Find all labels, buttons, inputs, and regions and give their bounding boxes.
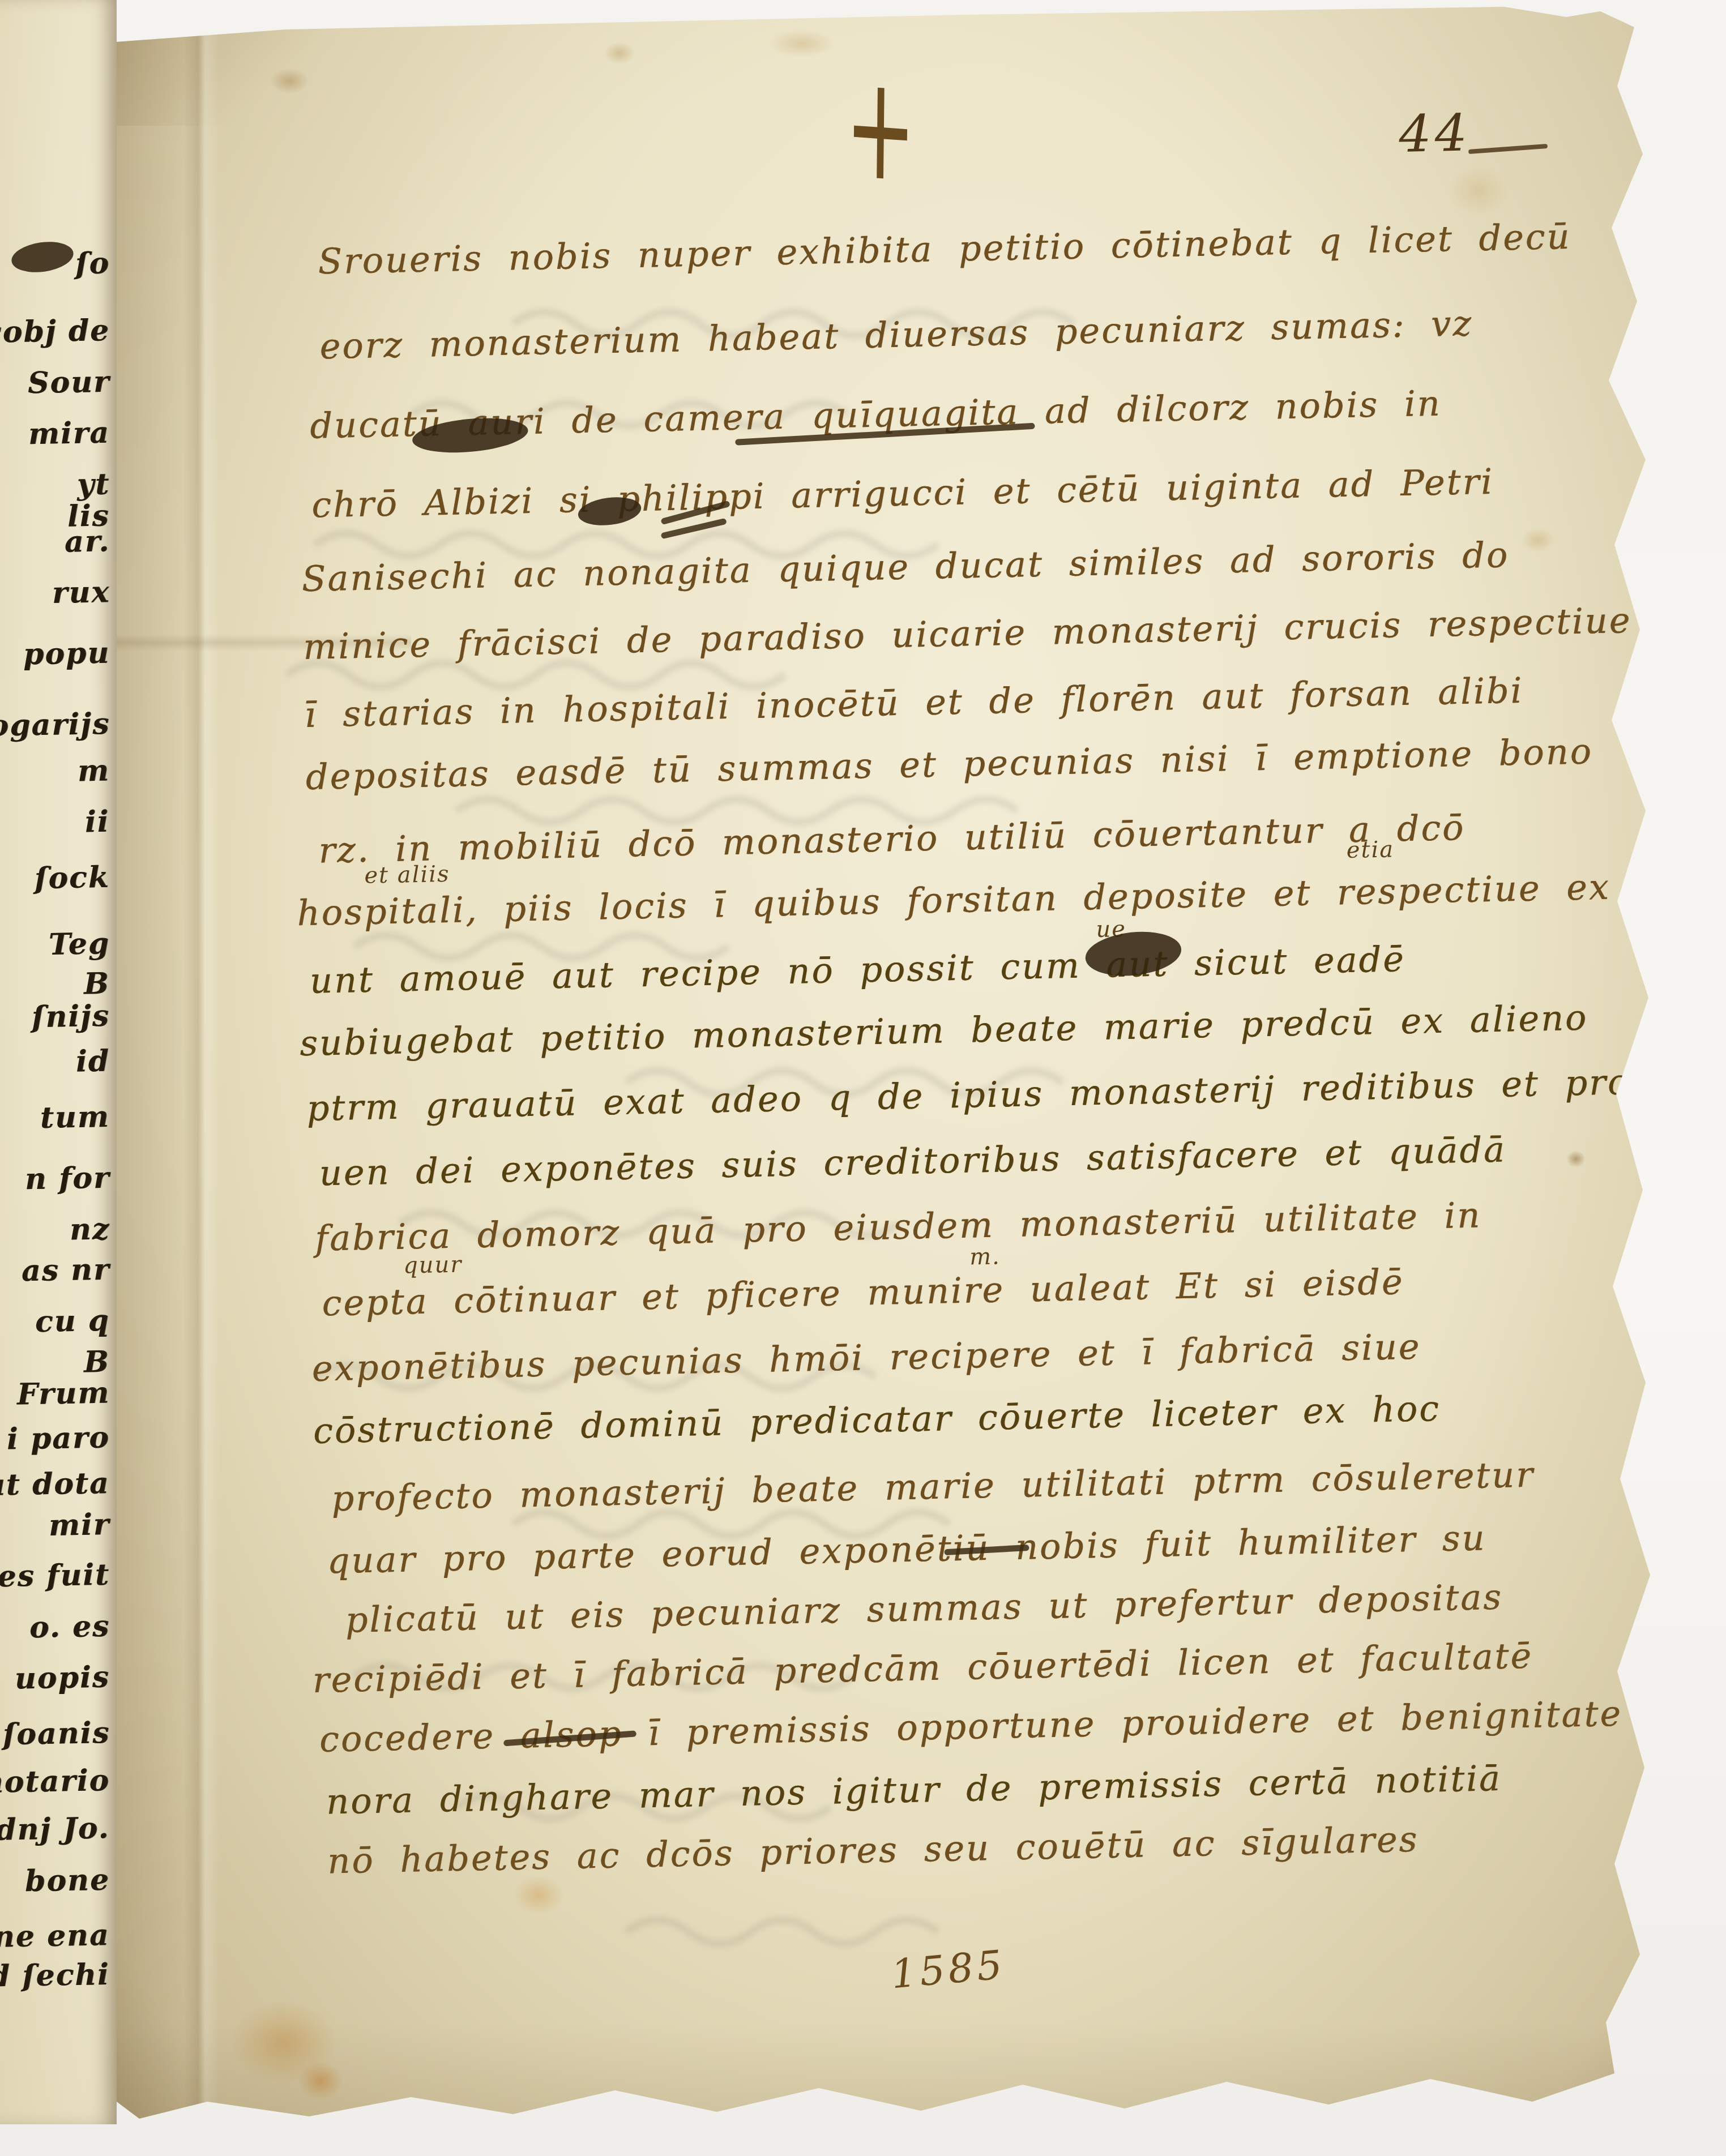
left-page-text-fragment: ii [85, 807, 110, 837]
folio-number: 44 [1399, 108, 1471, 160]
left-page-text-fragment: ſo [75, 249, 110, 279]
manuscript-line: plicatū ut eis pecuniarz summas ut prefe… [345, 1580, 1503, 1638]
ink-layer: + 44 Sroueris nobis nuper exhibita petit… [112, 0, 1698, 2133]
manuscript-line: cepta cōtinuar et pficere munire ualeat … [322, 1264, 1404, 1321]
left-page-text-fragment: Sour [27, 367, 110, 399]
manuscript-line: exponētibus pecunias hmōi recipere et ī … [311, 1329, 1421, 1387]
left-page-text-fragment: id [75, 1046, 110, 1076]
interlinear-insertion: et aliis [364, 863, 450, 887]
left-page-text-fragment: ut dota [0, 1469, 110, 1500]
manuscript-line: minice frācisci de paradiso uicarie mona… [303, 603, 1632, 665]
left-page-text-fragment: cobj de [0, 316, 110, 348]
left-page-text-fragment: cu q [35, 1306, 110, 1337]
left-page-text-fragment: ſock [35, 863, 110, 893]
left-page-text-fragment: ad ſechi [0, 1960, 110, 1992]
left-page-text-fragment: ar. [64, 527, 110, 557]
left-page-text-fragment: notario [0, 1766, 110, 1798]
manuscript-line: uen dei exponētes suis creditoribus sati… [319, 1132, 1506, 1191]
manuscript-line: nora dinghare mar nos igitur de premissi… [326, 1761, 1502, 1820]
manuscript-line: nō habetes ac dcōs priores seu couētū ac… [327, 1822, 1419, 1879]
manuscript-line: unt amouē aut recipe nō possit cum aut s… [309, 942, 1405, 999]
interlinear-insertion: m. [969, 1245, 1001, 1268]
manuscript-line: ptrm grauatū exat adeo q de ipius monast… [306, 1064, 1631, 1126]
left-page-text-fragment: mira [28, 418, 110, 450]
left-page-text-fragment: Teg [48, 929, 110, 960]
manuscript-line: recipiēdi et ī fabricā predcām cōuertēdi… [312, 1639, 1533, 1698]
manuscript-line: cocedere alsop ī premissis opportune pro… [319, 1696, 1622, 1757]
manuscript-line: chrō Albizi si philippi arrigucci et cēt… [311, 464, 1494, 523]
manuscript-line: Sanisechi ac nonagita quique ducat simil… [301, 537, 1510, 597]
invocation-cross-icon: + [844, 55, 917, 204]
left-page-text-fragment: nz [69, 1214, 110, 1244]
manuscript-line: quar pro parte eorud exponētiū nobis fui… [327, 1520, 1486, 1578]
manuscript-line: hospitali, piis locis ī quibus forsitan … [297, 870, 1610, 931]
left-page-text-fragment: ines fuit [0, 1560, 110, 1593]
manuscript-page: + 44 Sroueris nobis nuper exhibita petit… [117, 7, 1660, 2129]
left-page-text-fragment: i paro [7, 1423, 110, 1454]
interlinear-insertion: etia [1346, 838, 1394, 862]
left-page-text-fragment: n for [24, 1163, 110, 1195]
manuscript-line: rz. in mobiliū dcō monasterio utiliū cōu… [318, 810, 1466, 869]
manuscript-line: subiugebat petitio monasterium beate mar… [300, 1000, 1588, 1062]
left-page-text-fragment: B [84, 969, 110, 999]
manuscript-line: ducatū auri de camera quīquagita ad dilc… [310, 386, 1442, 444]
folio-number-flourish [1468, 144, 1548, 154]
left-page-text-fragment: yt [76, 469, 110, 499]
left-page-text-fragment: ſnijs [32, 1002, 110, 1032]
left-page-text-fragment: Frum [16, 1379, 110, 1410]
left-page-text-fragment: rux [52, 577, 110, 608]
left-page-text-fragment: B [84, 1347, 110, 1378]
left-page-text-fragment: mir [48, 1510, 110, 1541]
left-page-text-fragment: tum [40, 1102, 110, 1133]
left-page-text-fragment: ne ena [0, 1920, 110, 1952]
left-page-text-fragment: bone [25, 1866, 110, 1897]
ink-blot [10, 238, 75, 276]
strikethrough-mark [660, 518, 727, 540]
left-page-text-fragment: dnj Jo. [0, 1813, 110, 1845]
manuscript-line: profecto monasterij beate marie utilitat… [331, 1457, 1535, 1517]
left-page-text-fragment: rogarijs [0, 709, 110, 741]
left-page-text-fragment: i ſoanis [0, 1718, 110, 1750]
interlinear-correction: ue [1096, 918, 1126, 941]
left-page-text-fragment: m [78, 756, 110, 786]
interlinear-insertion: quur [403, 1254, 463, 1277]
manuscript-line: depositas easdē tū summas et pecunias ni… [305, 734, 1593, 795]
left-page-text-fragment: o. es [29, 1612, 110, 1642]
manuscript-line: cōstructionē dominū predicatar cōuerte l… [313, 1391, 1441, 1449]
manuscript-line: ī starias in hospitali inocētū et de flo… [304, 673, 1524, 733]
manuscript-line: Sroueris nobis nuper exhibita petitio cō… [318, 219, 1571, 279]
manuscript-line: eorz monasterium habeat diuersas pecunia… [319, 306, 1473, 364]
bottom-year-mark: 1585 [890, 1945, 1007, 1995]
left-page-text-fragment: uopis [15, 1663, 110, 1694]
left-page-text-fragment: as nr [21, 1255, 110, 1286]
left-page-sliver: ſo cobj de Sour mira yt lis ar. rux popu… [0, 0, 117, 2124]
manuscript-line: fabrica domorz quā pro eiusdem monasteri… [315, 1197, 1482, 1256]
left-page-text-fragment: popu [23, 639, 110, 670]
